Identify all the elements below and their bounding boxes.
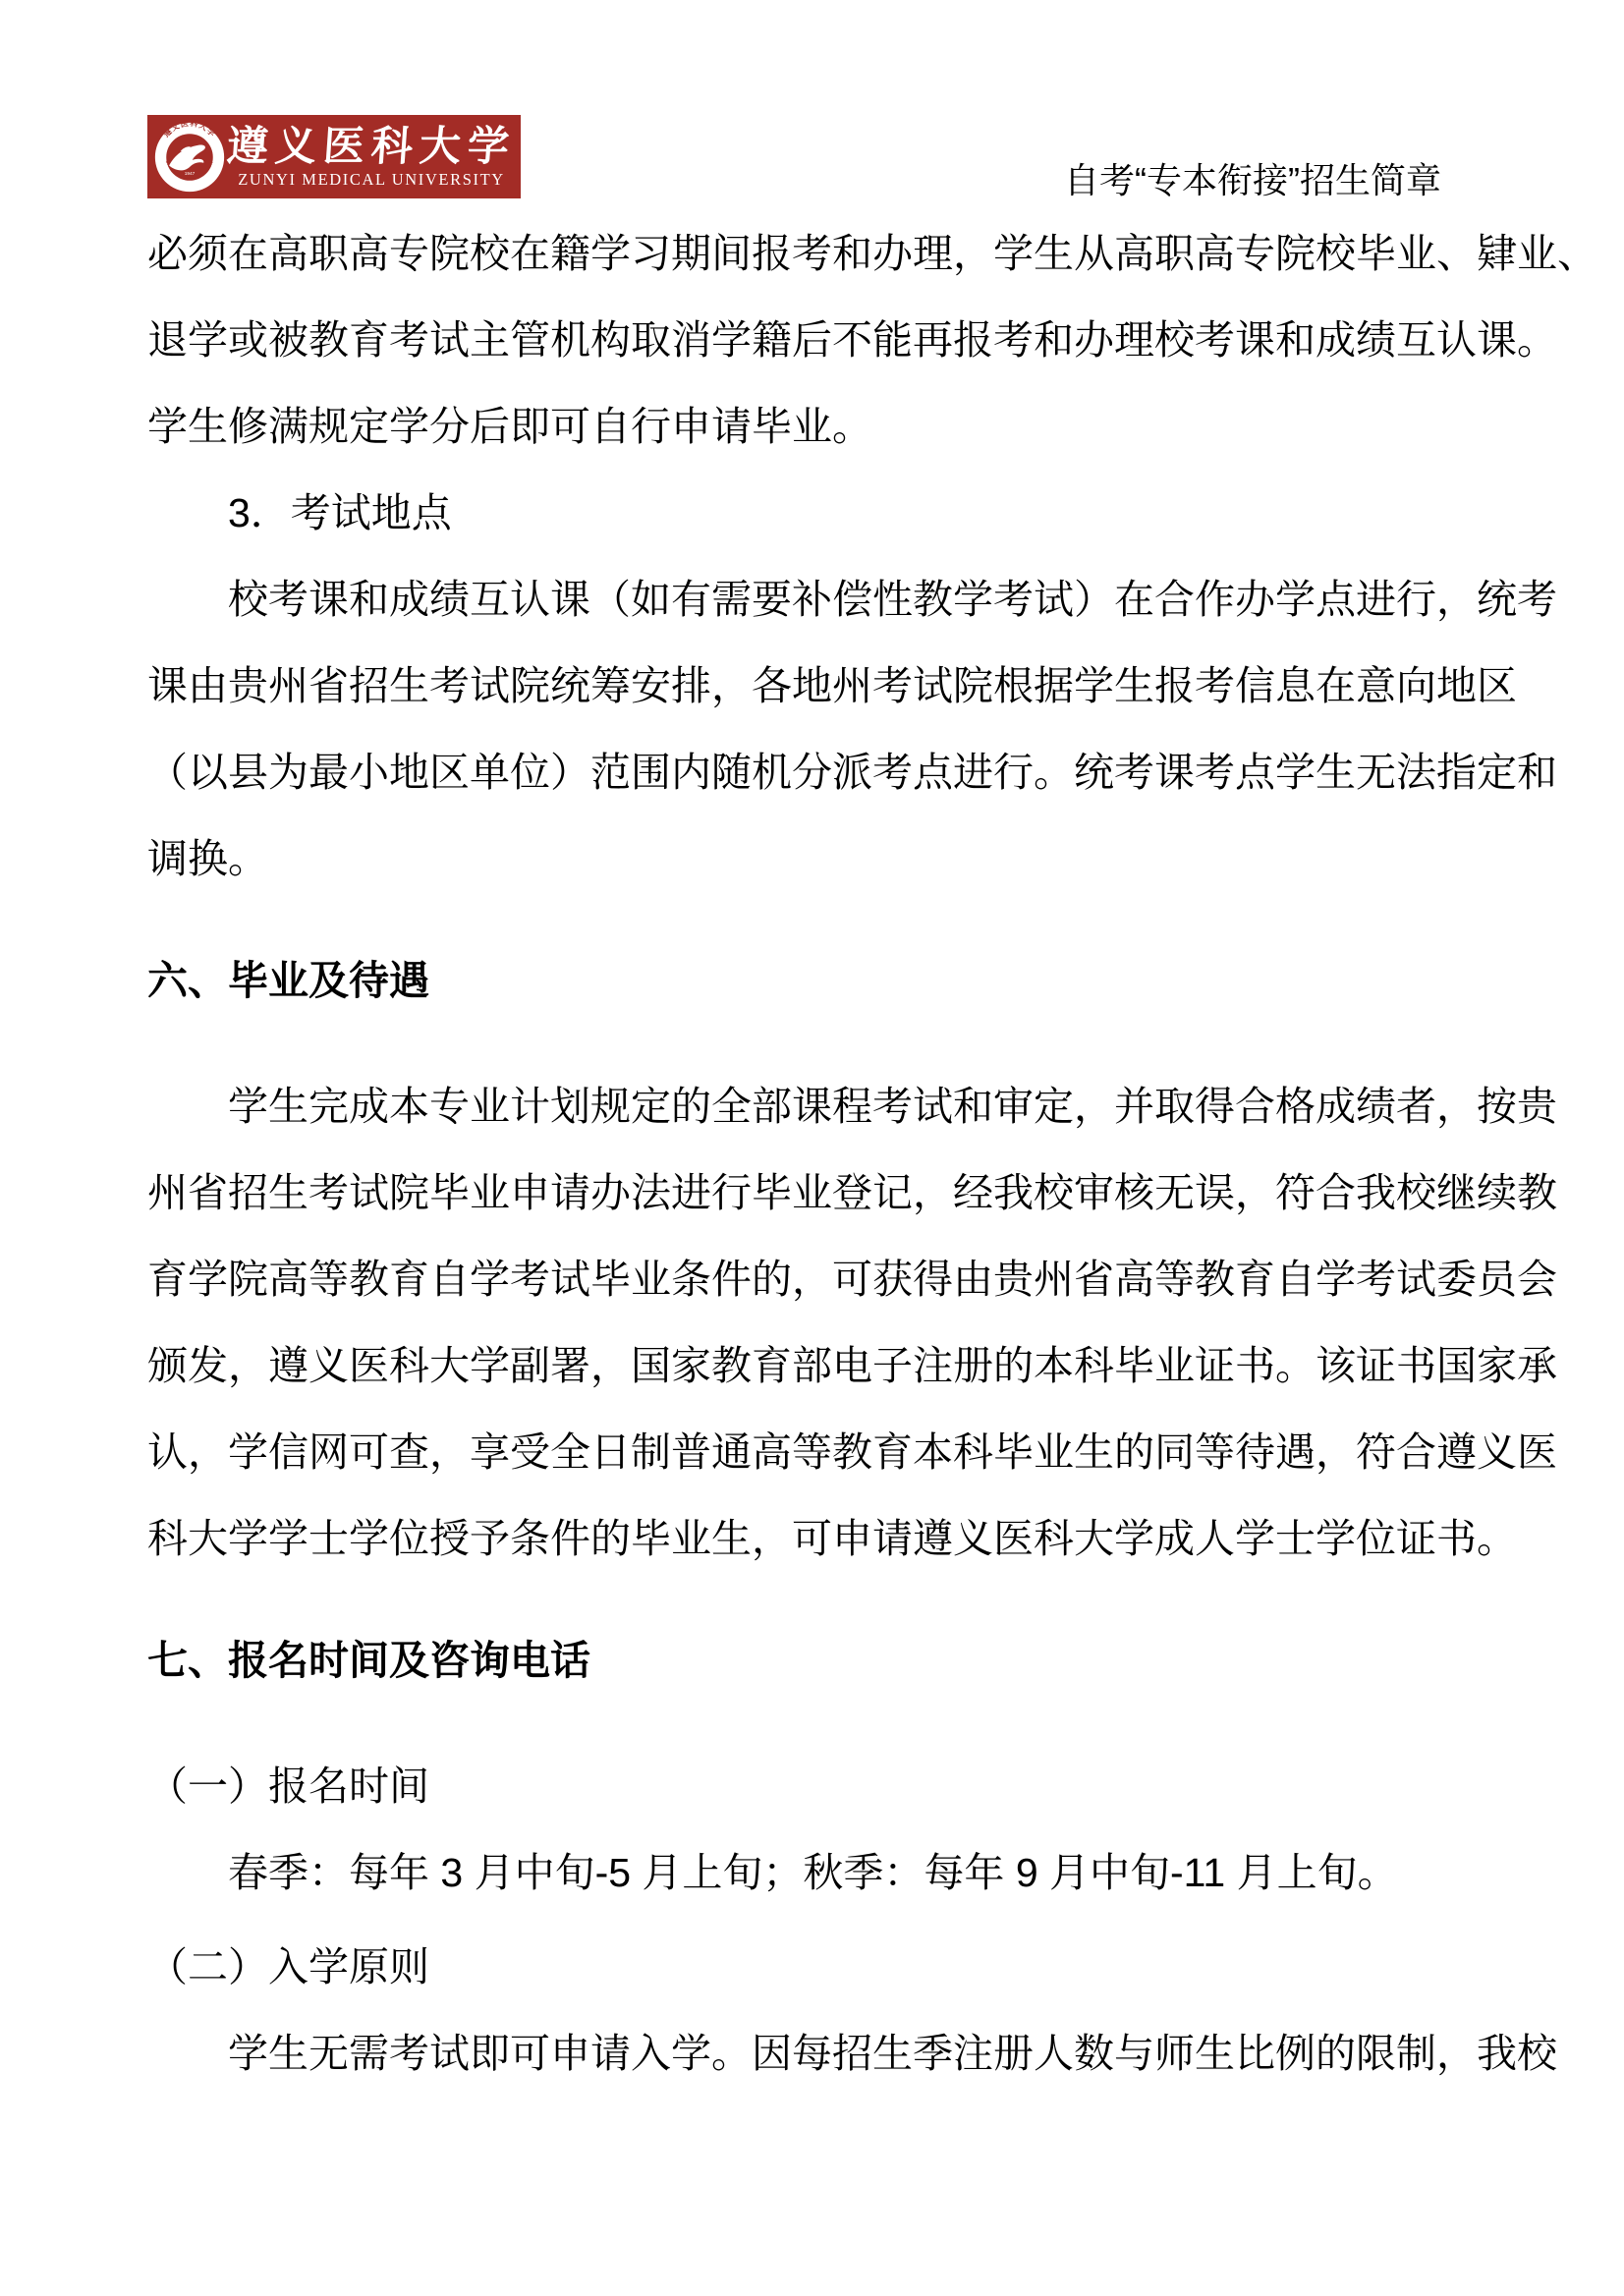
paragraph-line: 校考课和成绩互认课（如有需要补偿性教学考试）在合作办学点进行，统考 xyxy=(147,556,1482,643)
paragraph-line: 科大学学士学位授予条件的毕业生，可申请遵义医科大学成人学士学位证书。 xyxy=(147,1495,1482,1582)
university-name-en: ZUNYI MEDICAL UNIVERSITY xyxy=(227,171,516,189)
paragraph-line: 必须在高职高专院校在籍学习期间报考和办理，学生从高职高专院校毕业、肄业、 xyxy=(147,210,1482,297)
paragraph-line: 认，学信网可查，享受全日制普通高等教育本科毕业生的同等待遇，符合遵义医 xyxy=(147,1409,1482,1495)
paragraph-line: 育学院高等教育自学考试毕业条件的，可获得由贵州省高等教育自学考试委员会 xyxy=(147,1236,1482,1322)
paragraph-line: 学生无需考试即可申请入学。因每招生季注册人数与师生比例的限制，我校 xyxy=(147,2010,1482,2097)
document-page: 遵义医科大学 ZUNYI MEDICAL UNIVERSITY 1947 遵义医… xyxy=(0,0,1624,2296)
document-body: 必须在高职高专院校在籍学习期间报考和办理，学生从高职高专院校毕业、肄业、 退学或… xyxy=(147,210,1482,2097)
university-logo-banner: 遵义医科大学 ZUNYI MEDICAL UNIVERSITY 1947 遵义医… xyxy=(147,115,521,198)
paragraph-line: （以县为最小地区单位）范围内随机分派考点进行。统考课考点学生无法指定和 xyxy=(147,729,1482,815)
logo-text-block: 遵义医科大学 ZUNYI MEDICAL UNIVERSITY xyxy=(227,125,522,189)
seal-year-text: 1947 xyxy=(185,171,196,177)
list-item-exam-location: 3．考试地点 xyxy=(147,470,1482,556)
paragraph-line: 学生修满规定学分后即可自行申请毕业。 xyxy=(147,383,1482,470)
paragraph-line: 颁发，遵义医科大学副署，国家教育部电子注册的本科毕业证书。该证书国家承 xyxy=(147,1322,1482,1409)
university-name-cn: 遵义医科大学 xyxy=(225,125,517,168)
paragraph-line: 调换。 xyxy=(147,815,1482,902)
subsection-2-label: （二）入学原则 xyxy=(147,1924,1482,2010)
paragraph-line: 课由贵州省招生考试院统筹安排，各地州考试院根据学生报考信息在意向地区 xyxy=(147,643,1482,729)
section-heading-7: 七、报名时间及咨询电话 xyxy=(147,1617,1482,1704)
section-heading-6: 六、毕业及待遇 xyxy=(147,937,1482,1024)
paragraph-line: 退学或被教育考试主管机构取消学籍后不能再报考和办理校考课和成绩互认课。 xyxy=(147,297,1482,383)
subsection-1-label: （一）报名时间 xyxy=(147,1743,1482,1829)
paragraph-line: 州省招生考试院毕业申请办法进行毕业登记，经我校审核无误，符合我校继续教 xyxy=(147,1149,1482,1236)
university-seal-icon: 遵义医科大学 ZUNYI MEDICAL UNIVERSITY 1947 xyxy=(152,120,227,195)
paragraph-line: 春季：每年 3 月中旬-5 月上旬；秋季：每年 9 月中旬-11 月上旬。 xyxy=(147,1829,1482,1916)
document-header-title: 自考“专本衔接”招生简章 xyxy=(1064,160,1441,201)
paragraph-line: 学生完成本专业计划规定的全部课程考试和审定，并取得合格成绩者，按贵 xyxy=(147,1063,1482,1149)
